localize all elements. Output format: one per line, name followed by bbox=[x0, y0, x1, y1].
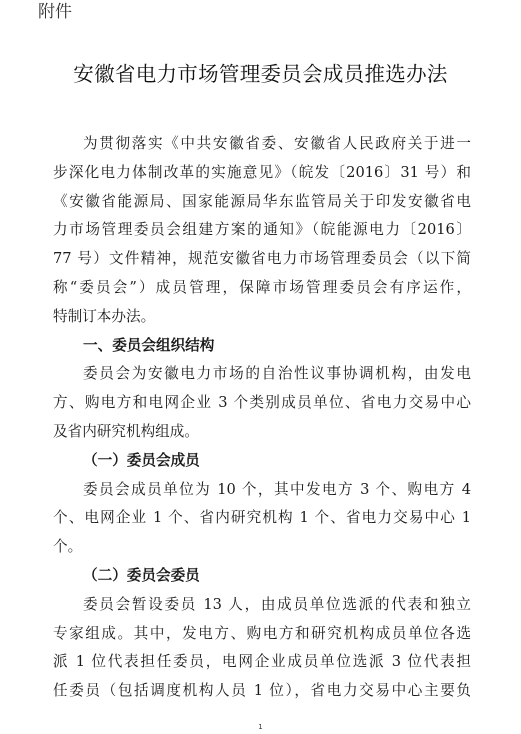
subsection-heading: （二）委员会委员 bbox=[53, 562, 471, 591]
body-line: 77 号）文件精神，规范安徽省电力市场管理委员会（以下简 bbox=[53, 245, 471, 274]
body-line: 委员会成员单位为 10 个，其中发电方 3 个、购电方 4 bbox=[53, 476, 471, 505]
body-line: 委员会暂设委员 13 人，由成员单位选派的代表和独立 bbox=[53, 591, 471, 620]
body-line: 力市场管理委员会组建方案的通知》（皖能源电力〔2016〕 bbox=[53, 216, 471, 245]
body-line: 《安徽省能源局、国家能源局华东监管局关于印发安徽省电 bbox=[53, 188, 471, 217]
subsection-heading: （一）委员会成员 bbox=[53, 447, 471, 476]
body-line: 任委员（包括调度机构人员 1 位），省电力交易中心主要负 bbox=[53, 677, 471, 706]
body-line: 步深化电力体制改革的实施意见》（皖发〔2016〕31 号）和 bbox=[53, 159, 471, 188]
section-heading: 一、委员会组织结构 bbox=[53, 332, 471, 361]
body-line: 个。 bbox=[53, 533, 471, 562]
document-body: 为贯彻落实《中共安徽省委、安徽省人民政府关于进一 步深化电力体制改革的实施意见》… bbox=[53, 130, 471, 706]
attachment-label: 附件 bbox=[38, 0, 72, 22]
body-line: 及省内研究机构组成。 bbox=[53, 418, 471, 447]
body-line: 委员会为安徽电力市场的自治性议事协调机构，由发电 bbox=[53, 360, 471, 389]
body-line: 为贯彻落实《中共安徽省委、安徽省人民政府关于进一 bbox=[53, 130, 471, 159]
document-title: 安徽省电力市场管理委员会成员推选办法 bbox=[0, 57, 521, 87]
body-line: 称“委员会”）成员管理，保障市场管理委员会有序运作， bbox=[53, 274, 471, 303]
body-line: 特制订本办法。 bbox=[53, 303, 471, 332]
body-line: 派 1 位代表担任委员，电网企业成员单位选派 3 位代表担 bbox=[53, 648, 471, 677]
body-line: 方、购电方和电网企业 3 个类别成员单位、省电力交易中心 bbox=[53, 389, 471, 418]
body-line: 专家组成。其中，发电方、购电方和研究机构成员单位各选 bbox=[53, 620, 471, 649]
body-line: 个、电网企业 1 个、省内研究机构 1 个、省电力交易中心 1 bbox=[53, 504, 471, 533]
page-number: 1 bbox=[0, 723, 521, 731]
